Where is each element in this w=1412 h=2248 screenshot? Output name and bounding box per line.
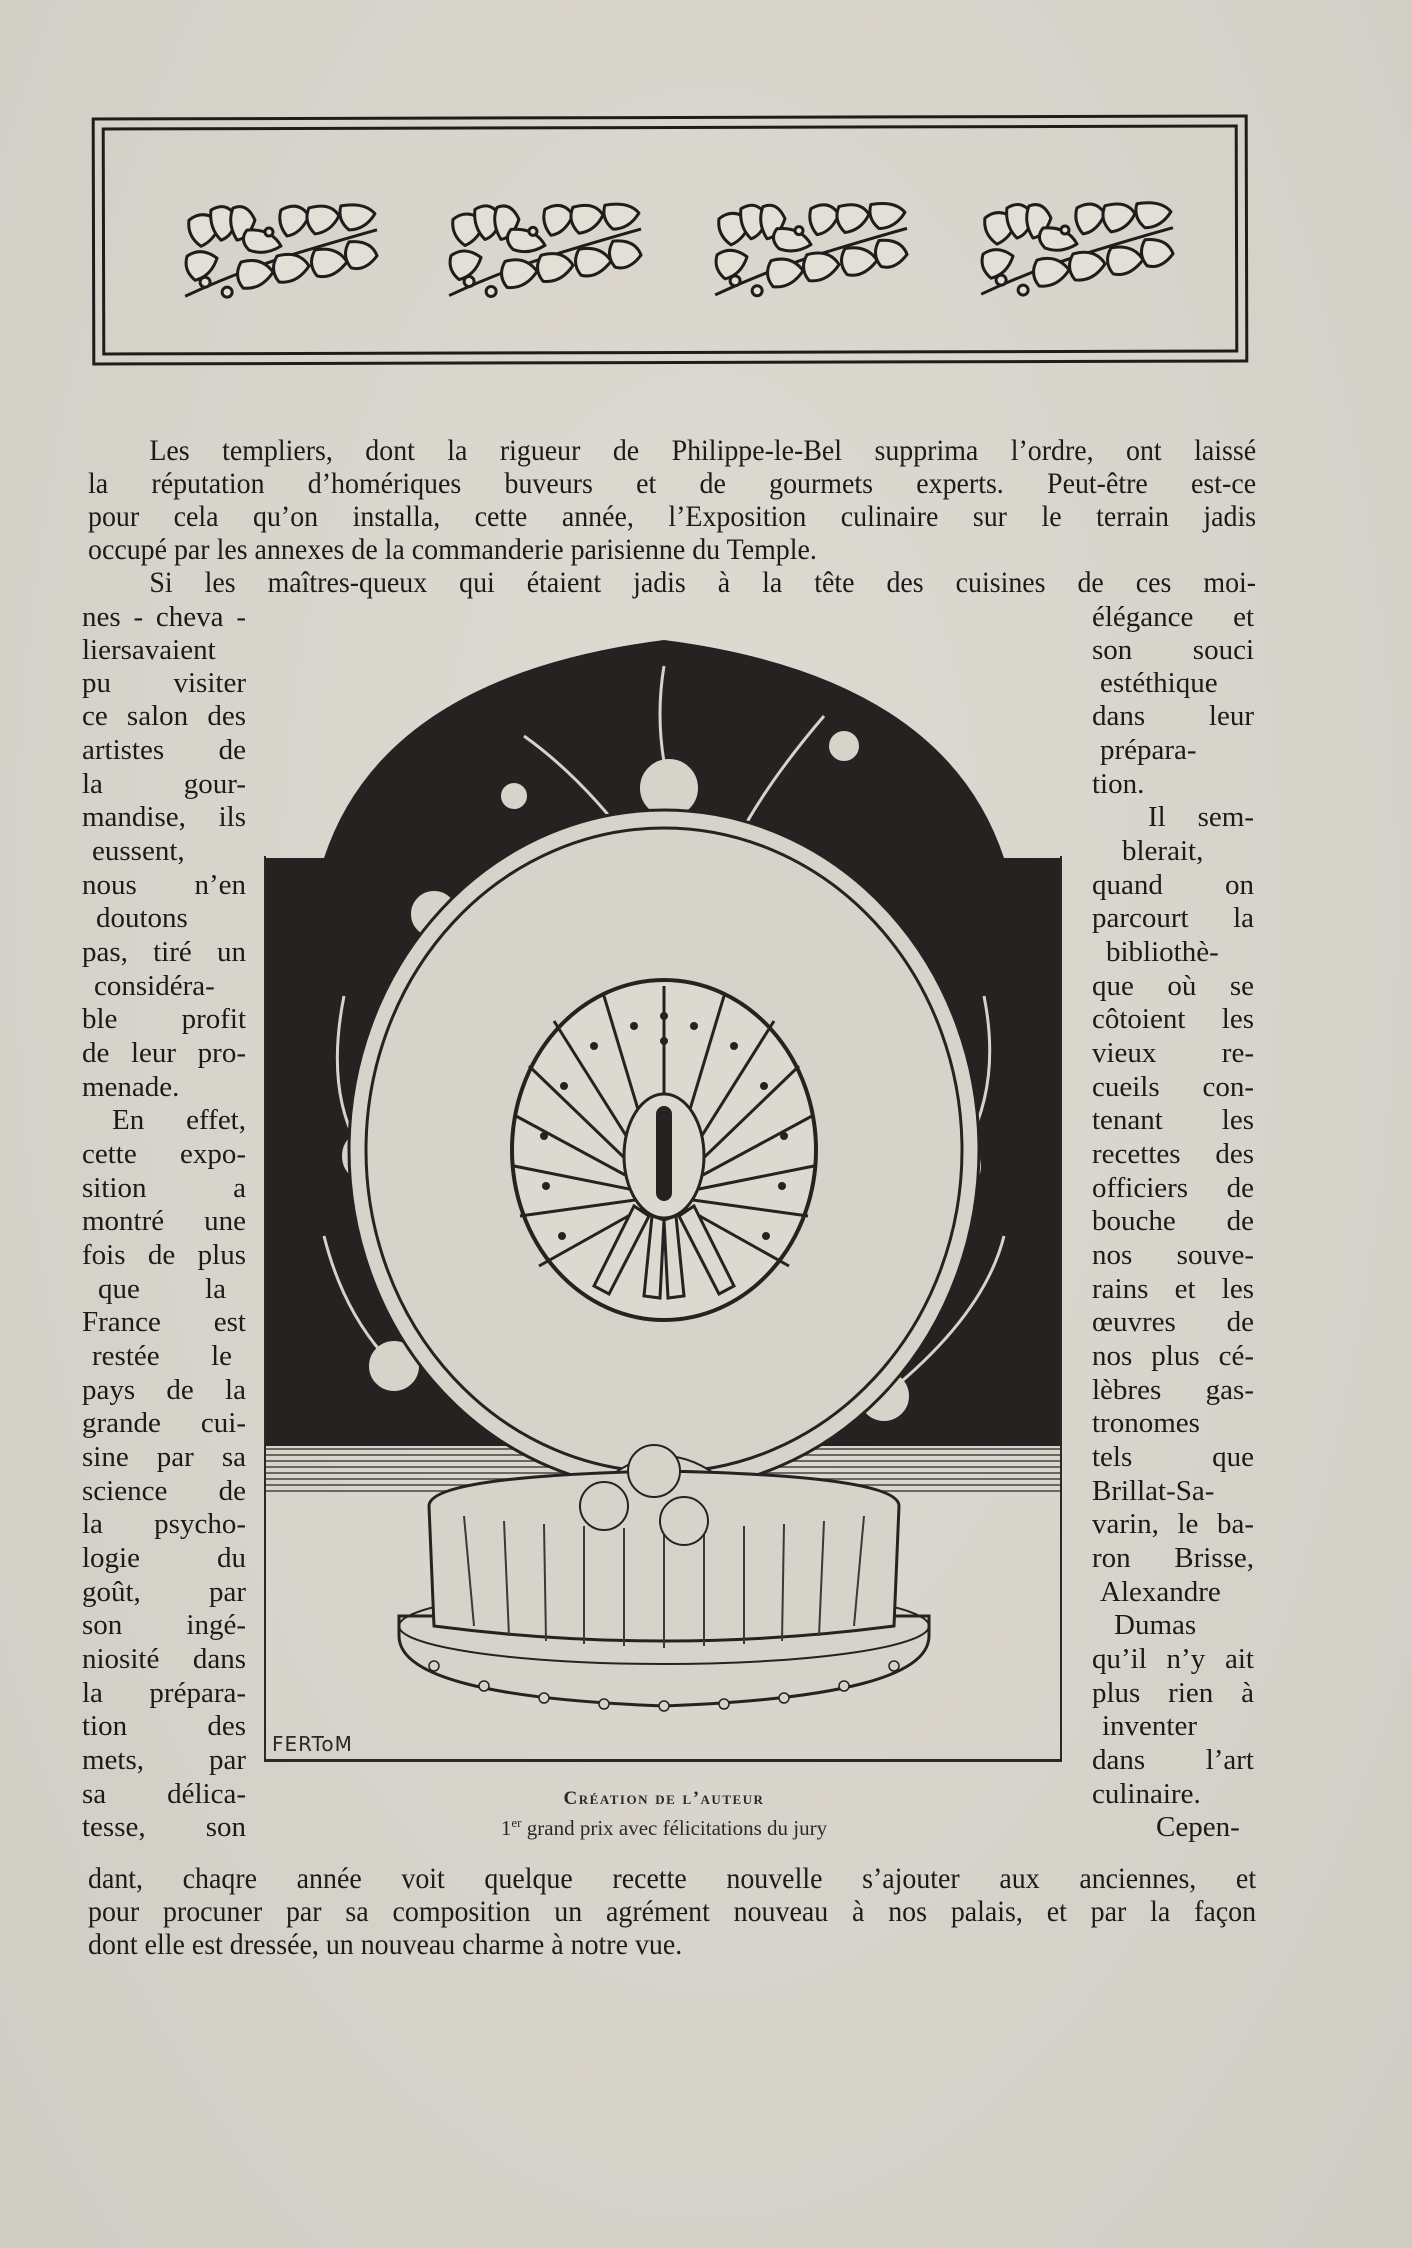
right-col-line: culinaire.: [1092, 1778, 1254, 1811]
left-col-line: de leur pro-: [82, 1037, 246, 1070]
right-col-line: œuvres de: [1092, 1306, 1254, 1339]
right-col-line: son souci: [1092, 634, 1254, 667]
left-col-line: pays de la: [82, 1374, 246, 1407]
right-col-line: tenant les: [1092, 1104, 1254, 1137]
closing-line-2: pour procuner par sa composition un agré…: [88, 1895, 1256, 1928]
right-col-line: vieux re-: [1092, 1037, 1254, 1070]
right-col-line: Dumas: [1092, 1609, 1254, 1642]
right-col-line: cueils con-: [1092, 1071, 1254, 1104]
left-col-line: logie du: [82, 1542, 246, 1575]
right-col-line: tion.: [1092, 768, 1254, 801]
right-col-line: recettes des: [1092, 1138, 1254, 1171]
closing-line-3: dont elle est dressée, un nouveau charme…: [88, 1928, 1256, 1961]
left-col-line: restée le: [82, 1340, 246, 1373]
right-col-line: tronomes: [1092, 1407, 1254, 1440]
left-col-line: que la: [82, 1273, 246, 1306]
right-col-line: varin, le ba-: [1092, 1508, 1254, 1541]
right-col-line: officiers de: [1092, 1172, 1254, 1205]
right-col-line: blerait,: [1092, 835, 1254, 868]
right-col-line: Alexandre: [1092, 1576, 1254, 1609]
caption-ordinal-suffix: er: [511, 1815, 521, 1830]
left-col-line: pu visiter: [82, 667, 246, 700]
left-col-line: fois de plus: [82, 1239, 246, 1272]
right-col-line: Brillat-Sa-: [1092, 1475, 1254, 1508]
header-ornament-frame: [92, 114, 1249, 365]
left-col-line: artistes de: [82, 734, 246, 767]
right-col-line: parcourt la: [1092, 902, 1254, 935]
left-col-line: sition a: [82, 1172, 246, 1205]
left-col-line: la gour-: [82, 768, 246, 801]
left-col-line: nous n’en: [82, 869, 246, 902]
right-col-line: Cepen-: [1092, 1811, 1254, 1844]
left-col-line: tesse, son: [82, 1811, 246, 1844]
right-col-line: dans l’art: [1092, 1744, 1254, 1777]
right-col-line: plus rien à: [1092, 1677, 1254, 1710]
illustration-caption-subtitle: 1er grand prix avec félicitations du jur…: [264, 1815, 1064, 1841]
left-col-line: la prépara-: [82, 1677, 246, 1710]
header-ornament-inner-frame: [102, 125, 1239, 356]
left-col-line: menade.: [82, 1071, 246, 1104]
laurel-sprig-icon: [711, 198, 911, 299]
caption-subtitle-text: grand prix avec félicitations du jury: [522, 1816, 828, 1840]
right-col-line: rains et les: [1092, 1273, 1254, 1306]
left-col-line: pas, tiré un: [82, 936, 246, 969]
left-col-line: mandise, ils: [82, 801, 246, 834]
closing-line-1: dant, chaqre année voit quelque recette …: [88, 1862, 1256, 1895]
intro-line-2: la réputation d’homériques buveurs et de…: [88, 467, 1256, 500]
left-col-line: eussent,: [82, 835, 246, 868]
right-col-line: lèbres gas-: [1092, 1374, 1254, 1407]
left-col-line: grande cui-: [82, 1407, 246, 1440]
left-col-line: son ingé-: [82, 1609, 246, 1642]
left-col-line: nes - cheva -: [82, 601, 246, 634]
illustration-caption-title: Création de l’auteur: [264, 1788, 1064, 1810]
left-col-line: ce salon des: [82, 700, 246, 733]
right-col-line: tels que: [1092, 1441, 1254, 1474]
artist-signature: FERToM: [272, 1732, 353, 1756]
left-col-line: niosité dans: [82, 1643, 246, 1676]
laurel-sprig-icon: [181, 200, 381, 301]
left-col-line: doutons: [82, 902, 246, 935]
left-col-line: montré une: [82, 1205, 246, 1238]
left-col-line: considéra-: [82, 970, 246, 1003]
left-col-line: la psycho-: [82, 1508, 246, 1541]
right-col-line: bouche de: [1092, 1205, 1254, 1238]
right-col-line: qu’il n’y ait: [1092, 1643, 1254, 1676]
laurel-sprig-icon: [445, 199, 645, 300]
right-col-line: quand on: [1092, 869, 1254, 902]
right-col-line: inventer: [1092, 1710, 1254, 1743]
intro-line-3: pour cela qu’on installa, cette année, l…: [88, 500, 1256, 533]
right-col-line: nos souve-: [1092, 1239, 1254, 1272]
illustration-border: [264, 856, 1062, 1762]
right-col-line: prépara-: [1092, 734, 1254, 767]
left-col-line: sine par sa: [82, 1441, 246, 1474]
left-col-line: France est: [82, 1306, 246, 1339]
right-col-line: élégance et: [1092, 601, 1254, 634]
left-col-line: liersavaient: [82, 634, 246, 667]
right-col-line: ron Brisse,: [1092, 1542, 1254, 1575]
caption-ordinal: 1: [501, 1816, 512, 1840]
left-col-line: cette expo-: [82, 1138, 246, 1171]
right-col-line: Il sem-: [1092, 801, 1254, 834]
second-paragraph-start: Si les maîtres-queux qui étaient jadis à…: [88, 566, 1256, 599]
left-col-line: mets, par: [82, 1744, 246, 1777]
right-col-line: dans leur: [1092, 700, 1254, 733]
right-col-line: côtoient les: [1092, 1003, 1254, 1036]
laurel-sprig-icon: [977, 198, 1177, 299]
right-col-line: estéthique: [1092, 667, 1254, 700]
intro-line-4: occupé par les annexes de la commanderie…: [88, 533, 1256, 566]
right-col-line: que où se: [1092, 970, 1254, 1003]
right-col-line: bibliothè-: [1092, 936, 1254, 969]
centerpiece-illustration: FERToM: [264, 636, 1064, 1764]
left-col-line: tion des: [82, 1710, 246, 1743]
left-col-line: sa délica-: [82, 1778, 246, 1811]
intro-line-1: Les templiers, dont la rigueur de Philip…: [88, 434, 1256, 467]
left-col-line: En effet,: [82, 1104, 246, 1137]
left-col-line: ble profit: [82, 1003, 246, 1036]
right-col-line: nos plus cé-: [1092, 1340, 1254, 1373]
left-col-line: science de: [82, 1475, 246, 1508]
left-col-line: goût, par: [82, 1576, 246, 1609]
